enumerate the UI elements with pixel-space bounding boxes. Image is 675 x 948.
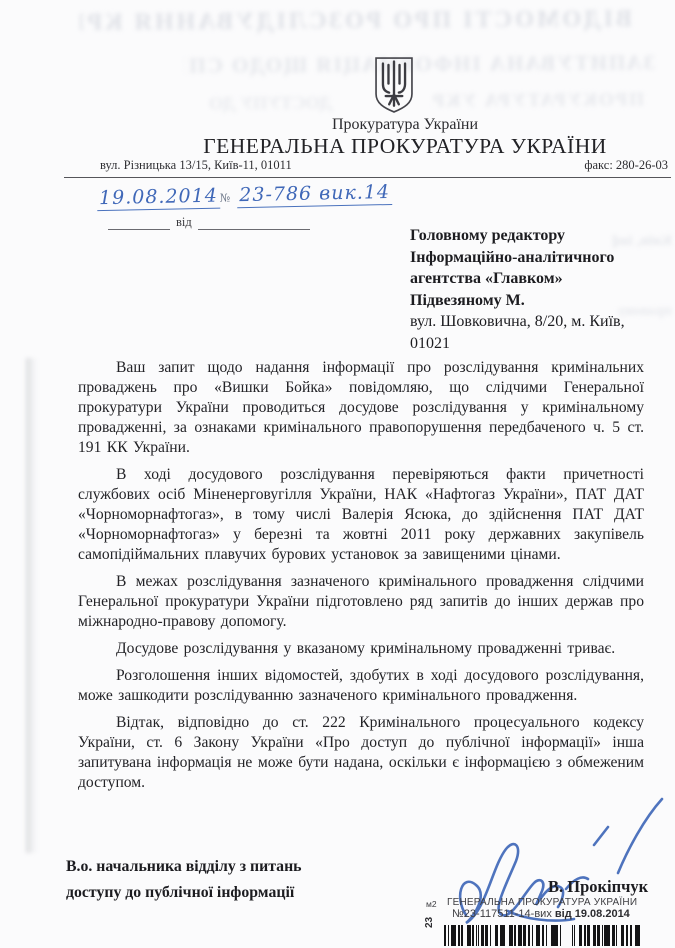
handwritten-date: 19.08.2014	[97, 185, 220, 212]
org-address: вул. Різницька 13/15, Київ-11, 01011	[100, 158, 292, 173]
body-paragraph: Досудове розслідування у вказаному кримі…	[78, 639, 644, 659]
barcode	[444, 925, 640, 946]
stamp-date: від 19.08.2014	[555, 908, 630, 920]
org-title: ГЕНЕРАЛЬНА ПРОКУРАТУРА УКРАЇНИ	[115, 134, 675, 159]
header-contact-row: вул. Різницька 13/15, Київ-11, 01011 фак…	[100, 158, 668, 173]
stamp-prefix: м2	[426, 899, 437, 909]
signer-name: В. Прокіпчук	[548, 877, 670, 897]
recipient-postcode: 01021	[410, 333, 660, 355]
signer-position: В.о. начальника відділу з питань доступу…	[66, 854, 366, 906]
recipient-line: Інформаційно-аналітичного	[410, 247, 660, 269]
recipient-block: Головному редактору Інформаційно-аналіти…	[410, 225, 660, 354]
scanned-letter-page: ВІДОМОСТІ ПРО РОЗСЛІДУВАННЯ КРИМІНАЛЬНИХ…	[0, 0, 675, 948]
header-divider	[64, 177, 671, 178]
from-label: від	[176, 215, 192, 229]
stamp-number: №23-117511-14-вих	[452, 908, 555, 920]
signer-position-line: доступу до публічної інформації	[66, 880, 366, 906]
handwritten-reference: 19.08.2014№ 23-786 вик.14	[97, 181, 397, 209]
barcode-gap	[563, 925, 572, 946]
signer-position-line: В.о. начальника відділу з питань	[66, 854, 366, 880]
blank-line	[108, 217, 170, 230]
bleedthrough-artifact: ЗАПИТУВАНА ІНФОРМАЦІЯ ЩОДО СПРАВ	[185, 50, 655, 78]
recipient-line: агентства «Главком»	[410, 268, 660, 290]
handwritten-number: 23-786 вик.14	[237, 181, 392, 208]
bleedthrough-artifact: ПРОКУРАТУРА УКРАЇНИ	[432, 89, 644, 112]
letter-body: Ваш запит щодо надання інформації про ро…	[78, 358, 644, 800]
org-fax: факс: 280-26-03	[584, 158, 668, 173]
body-paragraph: В межах розслідування зазначеного кримін…	[78, 572, 644, 632]
body-paragraph: Розголошення інших відомостей, здобутих …	[78, 666, 644, 706]
body-paragraph: Ваш запит щодо надання інформації про ро…	[78, 358, 644, 458]
bleedthrough-artifact: ВІДОМОСТІ ПРО РОЗСЛІДУВАННЯ КРИМІНАЛЬНИХ…	[80, 6, 632, 37]
form-from-line: від	[108, 215, 310, 230]
stamp-org-name: ГЕНЕРАЛЬНА ПРОКУРАТУРА УКРАЇНИ	[447, 897, 637, 908]
number-sign: №	[220, 191, 231, 204]
bleedthrough-artifact: ДОСТУПУ ДО	[182, 92, 332, 114]
recipient-line: Підвезяному М.	[410, 290, 660, 312]
org-name-small: Прокуратура України	[135, 116, 675, 134]
scan-shadow-streak	[26, 358, 39, 853]
body-paragraph: Відтак, відповідно до ст. 222 Кримінальн…	[78, 713, 644, 793]
body-paragraph: В ході досудового розслідування перевіря…	[78, 465, 644, 565]
ukraine-trident-emblem-icon	[372, 56, 416, 114]
stamp-reg-number: №23-117511-14-вих від 19.08.2014	[452, 908, 630, 920]
recipient-line: Головному редактору	[410, 225, 660, 247]
blank-line	[198, 217, 310, 230]
stamp-side-number: 23	[424, 917, 435, 928]
recipient-address: вул. Шовковична, 8/20, м. Київ,	[410, 311, 660, 333]
